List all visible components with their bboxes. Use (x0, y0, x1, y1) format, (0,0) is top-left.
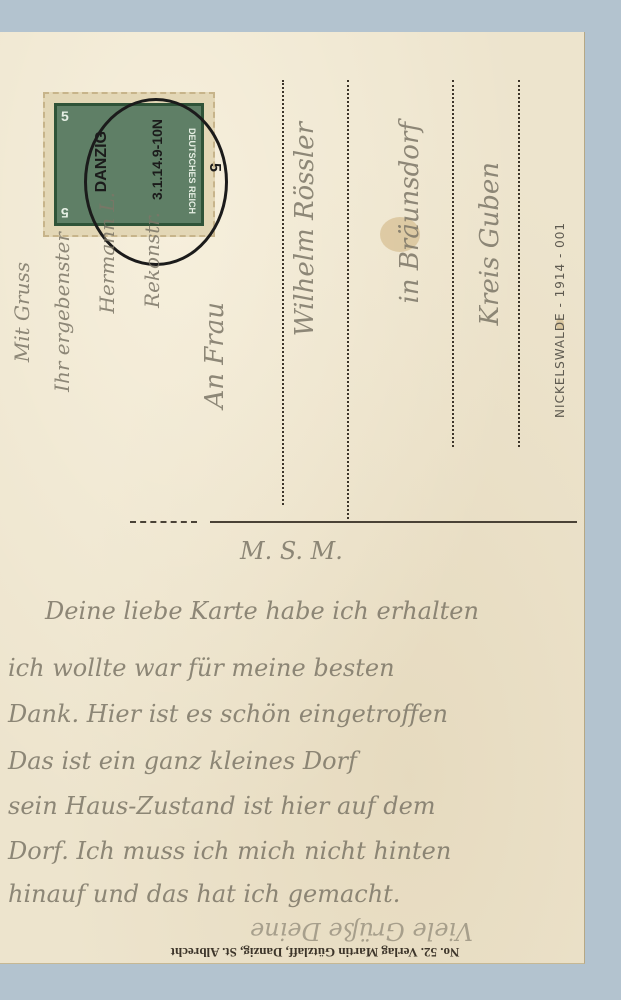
message-line: sein Haus-Zustand ist hier auf dem (8, 792, 436, 820)
postmark-number: 5 (205, 163, 223, 172)
address-line-4: Kreis Guben (475, 162, 505, 325)
publisher-imprint: No. 52. Verlag Martin Gützlaff, Danzig, … (90, 944, 540, 960)
archive-note: NICKELSWALDE - 1914 - 001 (553, 222, 567, 418)
address-line-1: An Frau (200, 302, 230, 409)
address-line (347, 80, 349, 523)
address-line (282, 80, 284, 505)
message-line: Das ist ein ganz kleines Dorf (8, 747, 357, 775)
divider-line (210, 521, 577, 523)
message-salutation: M. S. M. (240, 537, 343, 565)
side-note-1: Mit Gruss (10, 262, 34, 362)
postcard-back: 5 5 DEUTSCHES REICH DANZIG 3.1.14.9-10N … (0, 32, 585, 964)
message-line: Viele Grüße Deine (250, 917, 473, 945)
divider-short (130, 521, 197, 523)
postmark-city: DANZIG (93, 131, 111, 192)
address-line (452, 80, 454, 447)
address-line-3: in Bräunsdorf (395, 122, 425, 304)
message-line: ich wollte war für meine besten (8, 654, 395, 682)
stamp-value: 5 (61, 205, 69, 221)
side-note-3: Hermann L. (95, 192, 119, 313)
side-note-2: Ihr ergebenster (50, 232, 74, 392)
stamp-value: 5 (61, 108, 69, 124)
message-line: Dorf. Ich muss ich mich nicht hinten (8, 837, 451, 865)
side-note-4: Rekonstr. (140, 212, 164, 308)
message-line: hinauf und das hat ich gemacht. (8, 880, 400, 908)
address-line (518, 80, 520, 447)
message-line: Deine liebe Karte habe ich erhalten (45, 597, 479, 625)
address-line-2: Wilhelm Rössler (290, 122, 320, 336)
message-line: Dank. Hier ist es schön eingetroffen (8, 700, 448, 728)
postmark-date: 3.1.14.9-10N (149, 119, 165, 200)
